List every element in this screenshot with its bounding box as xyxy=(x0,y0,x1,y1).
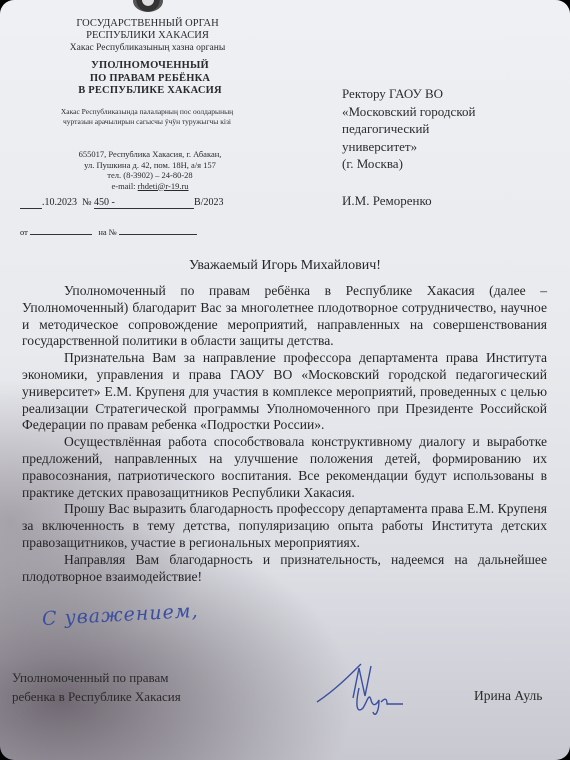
recipient-block: Ректору ГАОУ ВО «Московский городской пе… xyxy=(342,85,542,173)
email-label: e-mail: xyxy=(111,181,135,191)
registration-line: .10.2023 № 450 -В/2023 xyxy=(20,197,224,209)
reg-number: 450 - xyxy=(94,197,115,208)
recipient-line: университет» xyxy=(342,138,542,156)
reg-date: .10.2023 xyxy=(42,197,77,208)
paragraph: Направляя Вам благодарность и признатель… xyxy=(22,552,547,586)
paragraph: Уполномоченный по правам ребёнка в Респу… xyxy=(22,283,547,350)
date-blank xyxy=(20,208,42,209)
recipient-name: И.М. Реморенко xyxy=(342,193,432,209)
org-khakas: Хакас Республиказының хазна органы xyxy=(40,42,255,54)
letterhead-org: ГОСУДАРСТВЕННЫЙ ОРГАН РЕСПУБЛИКИ ХАКАСИЯ… xyxy=(40,18,255,54)
ref-number-blank xyxy=(119,225,197,235)
title-line-1: УПОЛНОМОЧЕННЫЙ xyxy=(50,60,250,73)
ref-from-label: от xyxy=(20,227,28,237)
address-line-2: ул. Пушкина д. 42, пом. 18Н, а/я 157 xyxy=(55,160,245,171)
address-line-1: 655017, Республика Хакасия, г. Абакан, xyxy=(55,149,245,160)
letter-body: Уполномоченный по правам ребёнка в Респу… xyxy=(22,283,547,585)
recipient-line: Ректору ГАОУ ВО xyxy=(342,85,542,103)
letterhead-khakas-description: Хакас Республиказында палаларның пос оол… xyxy=(52,107,242,126)
ref-number-label: на № xyxy=(98,227,117,237)
position-line-1: Уполномоченный по правам xyxy=(12,668,181,687)
letterhead-address: 655017, Республика Хакасия, г. Абакан, у… xyxy=(55,149,245,191)
handwritten-closing: С уважением, xyxy=(42,600,200,630)
recipient-line: педагогический xyxy=(342,120,542,138)
letter-page: ГОСУДАРСТВЕННЫЙ ОРГАН РЕСПУБЛИКИ ХАКАСИЯ… xyxy=(0,0,570,760)
recipient-line: «Московский городской xyxy=(342,103,542,121)
ref-date-blank xyxy=(30,225,92,235)
handwritten-signature-icon xyxy=(315,662,405,722)
coat-of-arms-emblem xyxy=(133,0,163,12)
org-line-2: РЕСПУБЛИКИ ХАКАСИЯ xyxy=(40,30,255,42)
title-line-2: ПО ПРАВАМ РЕБЁНКА xyxy=(50,73,250,86)
email-link[interactable]: rhdeti@r-19.ru xyxy=(138,181,189,191)
phone: тел. (8-3902) – 24-80-28 xyxy=(55,170,245,181)
letterhead-title: УПОЛНОМОЧЕННЫЙ ПО ПРАВАМ РЕБЁНКА В РЕСПУ… xyxy=(50,60,250,98)
recipient-line: (г. Москва) xyxy=(342,155,542,173)
signer-name: Ирина Ауль xyxy=(474,688,542,704)
email-row: e-mail: rhdeti@r-19.ru xyxy=(55,181,245,192)
paragraph: Осуществлённая работа способствовала кон… xyxy=(22,434,547,501)
position-line-2: ребенка в Республике Хакасия xyxy=(12,687,181,706)
signer-position: Уполномоченный по правам ребенка в Респу… xyxy=(12,668,181,706)
paragraph: Прошу Вас выразить благодарность професс… xyxy=(22,501,547,551)
org-line-1: ГОСУДАРСТВЕННЫЙ ОРГАН xyxy=(40,18,255,30)
reg-number-label: № xyxy=(82,197,92,208)
reg-suffix: В/2023 xyxy=(194,197,223,208)
reg-number-field: 450 - xyxy=(94,197,194,209)
salutation: Уважаемый Игорь Михайлович! xyxy=(0,258,570,274)
paragraph: Признательна Вам за направление профессо… xyxy=(22,350,547,434)
reference-line: от на № xyxy=(20,225,197,237)
title-line-3: В РЕСПУБЛИКЕ ХАКАСИЯ xyxy=(50,85,250,98)
